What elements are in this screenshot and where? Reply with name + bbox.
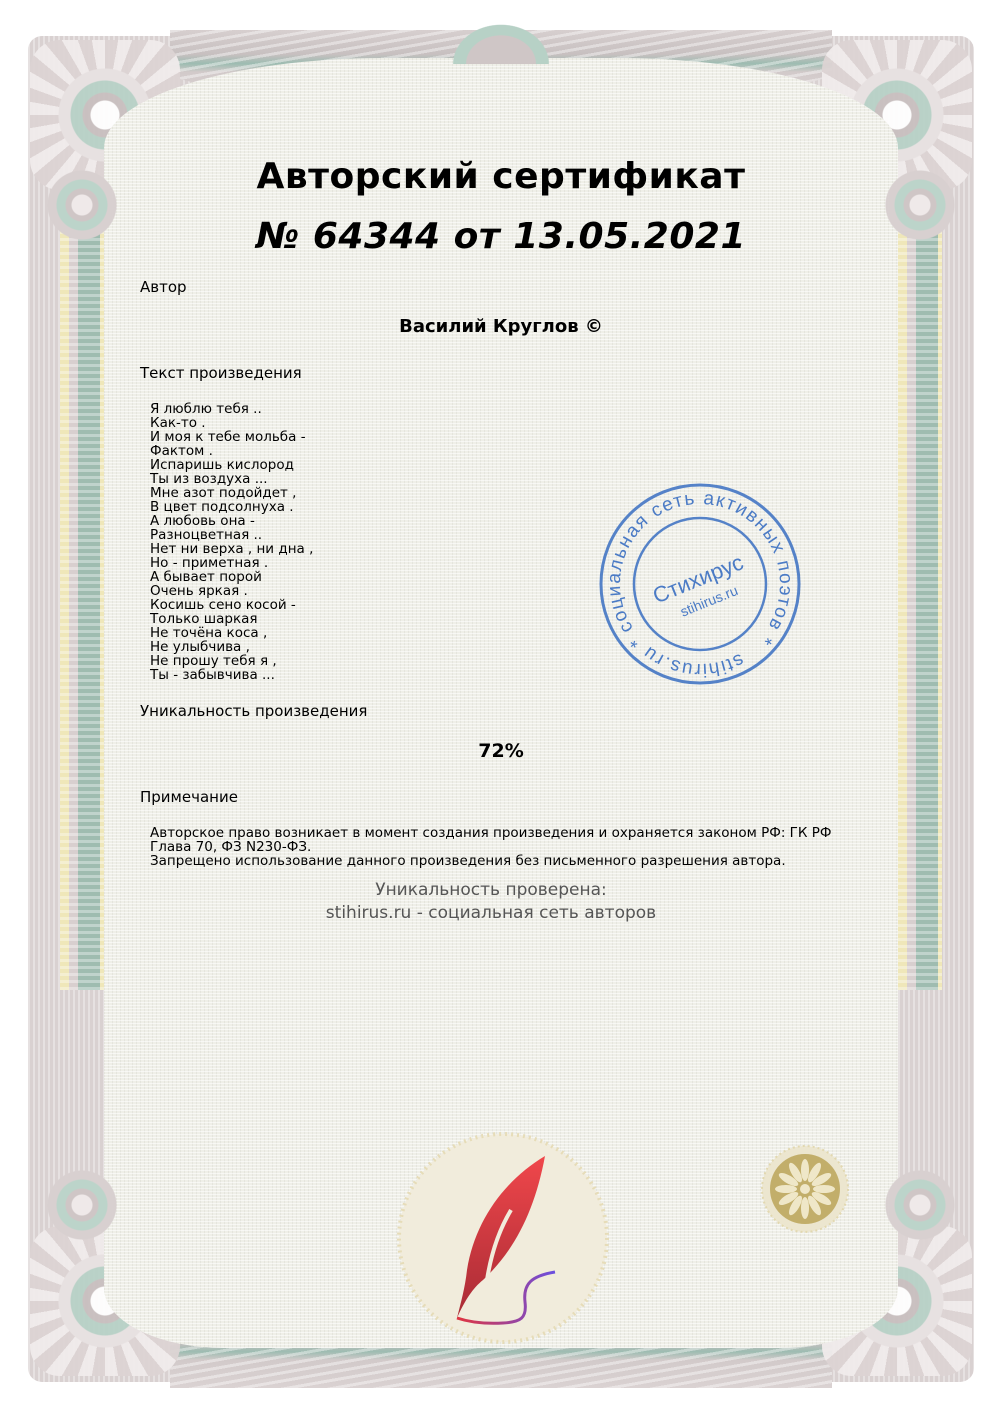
- poem-line: А бывает порой: [150, 570, 313, 584]
- poem-line: Ты - забывчива ...: [150, 668, 313, 682]
- poem-line: Мне азот подойдет ,: [150, 486, 313, 500]
- poem-line: Не прошу тебя я ,: [150, 654, 313, 668]
- certificate-title: Авторский сертификат: [0, 156, 1002, 197]
- gold-rosette-icon: [760, 1144, 850, 1234]
- poem-line: Не точёна коса ,: [150, 626, 313, 640]
- poem-line: Испаришь кислород: [150, 458, 313, 472]
- note-line: Авторское право возникает в момент созда…: [150, 826, 850, 854]
- poem-line: Фактом .: [150, 444, 313, 458]
- poem-line: Ты из воздуха ...: [150, 472, 313, 486]
- uniqueness-value: 72%: [0, 740, 1002, 762]
- checked-line: Уникальность проверена:: [0, 879, 982, 902]
- poem-line: И моя к тебе мольба -: [150, 430, 313, 444]
- author-label: Автор: [140, 278, 187, 296]
- poem-line: Как-то .: [150, 416, 313, 430]
- checked-site-line: stihirus.ru - социальная сеть авторов: [0, 902, 982, 925]
- note-line: Запрещено использование данного произвед…: [150, 854, 850, 868]
- poem-line: Косишь сено косой -: [150, 598, 313, 612]
- poem-line: А любовь она -: [150, 514, 313, 528]
- poem-line: Разноцветная ..: [150, 528, 313, 542]
- poem-text: Я люблю тебя ..Как-то .И моя к тебе моль…: [150, 402, 313, 682]
- certificate-number: № 64344 от 13.05.2021: [0, 216, 1002, 257]
- poem-line: Только шаркая: [150, 612, 313, 626]
- uniqueness-checked: Уникальность проверена: stihirus.ru - со…: [0, 879, 982, 925]
- poem-line: Но - приметная .: [150, 556, 313, 570]
- poem-line: В цвет подсолнуха .: [150, 500, 313, 514]
- author-name: Василий Круглов ©: [0, 316, 1002, 337]
- poem-line: Я люблю тебя ..: [150, 402, 313, 416]
- poem-line: Не улыбчива ,: [150, 640, 313, 654]
- poem-line: Очень яркая .: [150, 584, 313, 598]
- poem-line: Нет ни верха , ни дна ,: [150, 542, 313, 556]
- note-text: Авторское право возникает в момент созда…: [150, 826, 850, 868]
- note-label: Примечание: [140, 788, 238, 806]
- quill-feather-icon: [395, 1130, 611, 1346]
- stihirus-stamp-icon: stihirus.ru * социальная сеть активных п…: [598, 482, 802, 686]
- uniqueness-label: Уникальность произведения: [140, 702, 367, 720]
- text-label: Текст произведения: [140, 364, 302, 382]
